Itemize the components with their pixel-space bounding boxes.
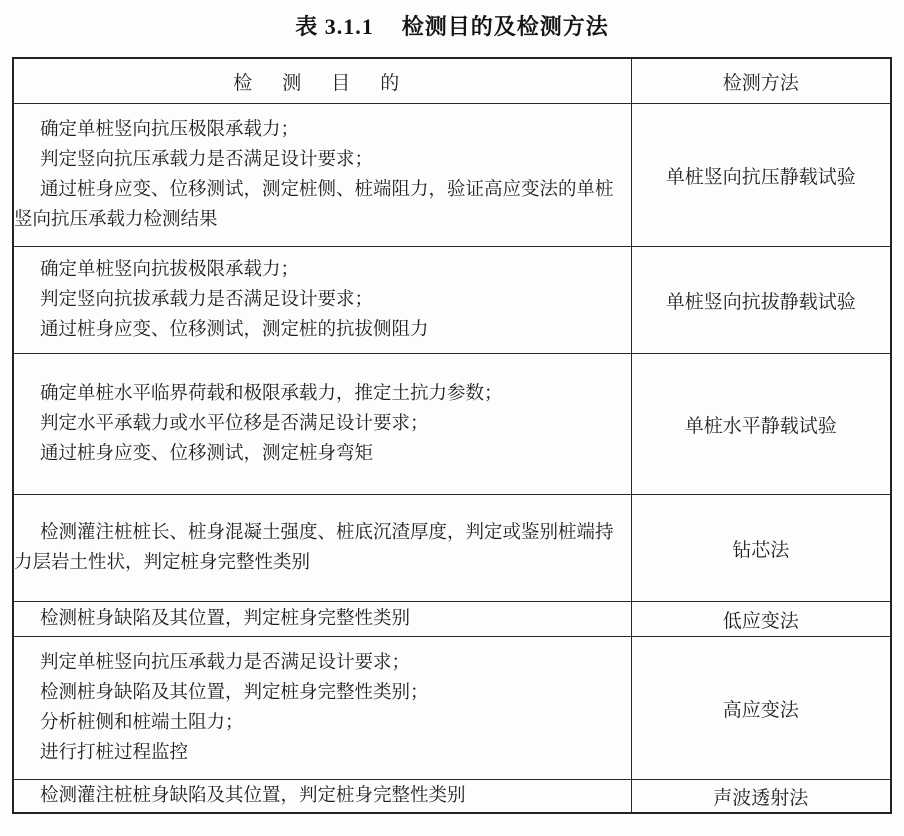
purpose-cell: 确定单桩竖向抗压极限承载力； 判定竖向抗压承载力是否满足设计要求； 通过桩身应变… [13,104,631,247]
purpose-line: 通过桩身应变、位移测试，测定桩身弯矩 [14,439,631,469]
purpose-line: 判定竖向抗压承载力是否满足设计要求； [14,145,631,175]
purpose-line: 进行打桩过程监控 [14,738,631,768]
purpose-line: 判定单桩竖向抗压承载力是否满足设计要求； [14,648,631,678]
purpose-cell: 确定单桩竖向抗拔极限承载力； 判定竖向抗拔承载力是否满足设计要求； 通过桩身应变… [13,247,631,354]
purpose-line: 判定水平承载力或水平位移是否满足设计要求； [14,409,631,439]
purpose-cell: 检测桩身缺陷及其位置，判定桩身完整性类别 [13,602,631,637]
purpose-line: 分析桩侧和桩端土阻力； [14,708,631,738]
table-row: 检测桩身缺陷及其位置，判定桩身完整性类别 低应变法 [13,602,891,637]
purpose-line: 通过桩身应变、位移测试，测定桩侧、桩端阻力，验证高应变法的单桩竖向抗压承载力检测… [14,175,631,235]
header-purpose: 检 测 目 的 [13,58,631,104]
method-cell: 钻芯法 [631,495,891,602]
purpose-cell: 检测灌注桩桩长、桩身混凝土强度、桩底沉渣厚度，判定或鉴别桩端持力层岩土性状，判定… [13,495,631,602]
purpose-cell: 判定单桩竖向抗压承载力是否满足设计要求； 检测桩身缺陷及其位置，判定桩身完整性类… [13,637,631,780]
purpose-line: 检测桩身缺陷及其位置，判定桩身完整性类别； [14,678,631,708]
purpose-line: 检测灌注桩桩长、桩身混凝土强度、桩底沉渣厚度，判定或鉴别桩端持力层岩土性状，判定… [14,518,631,578]
purpose-line: 确定单桩竖向抗压极限承载力； [14,115,631,145]
purpose-cell: 检测灌注桩桩身缺陷及其位置，判定桩身完整性类别 [13,780,631,814]
method-cell: 声波透射法 [631,780,891,814]
purpose-cell: 确定单桩水平临界荷载和极限承载力，推定土抗力参数； 判定水平承载力或水平位移是否… [13,354,631,495]
table-title: 检测目的及检测方法 [402,15,609,40]
method-cell: 低应变法 [631,602,891,637]
method-cell: 单桩水平静载试验 [631,354,891,495]
table-row: 检测灌注桩桩身缺陷及其位置，判定桩身完整性类别 声波透射法 [13,780,891,814]
header-row: 检 测 目 的 检测方法 [13,58,891,104]
method-cell: 高应变法 [631,637,891,780]
table-row: 确定单桩竖向抗压极限承载力； 判定竖向抗压承载力是否满足设计要求； 通过桩身应变… [13,104,891,247]
table-row: 确定单桩水平临界荷载和极限承载力，推定土抗力参数； 判定水平承载力或水平位移是否… [13,354,891,495]
table-caption: 表 3.1.1检测目的及检测方法 [0,10,904,41]
purpose-line: 判定竖向抗拔承载力是否满足设计要求； [14,285,631,315]
method-cell: 单桩竖向抗压静载试验 [631,104,891,247]
header-method: 检测方法 [631,58,891,104]
detection-methods-table: 检 测 目 的 检测方法 确定单桩竖向抗压极限承载力； 判定竖向抗压承载力是否满… [12,57,892,814]
purpose-line: 确定单桩水平临界荷载和极限承载力，推定土抗力参数； [14,379,631,409]
method-cell: 单桩竖向抗拔静载试验 [631,247,891,354]
purpose-line: 通过桩身应变、位移测试，测定桩的抗拔侧阻力 [14,315,631,345]
table-number: 表 3.1.1 [295,14,374,39]
table-row: 判定单桩竖向抗压承载力是否满足设计要求； 检测桩身缺陷及其位置，判定桩身完整性类… [13,637,891,780]
purpose-line: 确定单桩竖向抗拔极限承载力； [14,255,631,285]
table-row: 确定单桩竖向抗拔极限承载力； 判定竖向抗拔承载力是否满足设计要求； 通过桩身应变… [13,247,891,354]
purpose-line: 检测灌注桩桩身缺陷及其位置，判定桩身完整性类别 [14,781,631,811]
table-row: 检测灌注桩桩长、桩身混凝土强度、桩底沉渣厚度，判定或鉴别桩端持力层岩土性状，判定… [13,495,891,602]
purpose-line: 检测桩身缺陷及其位置，判定桩身完整性类别 [14,604,631,634]
